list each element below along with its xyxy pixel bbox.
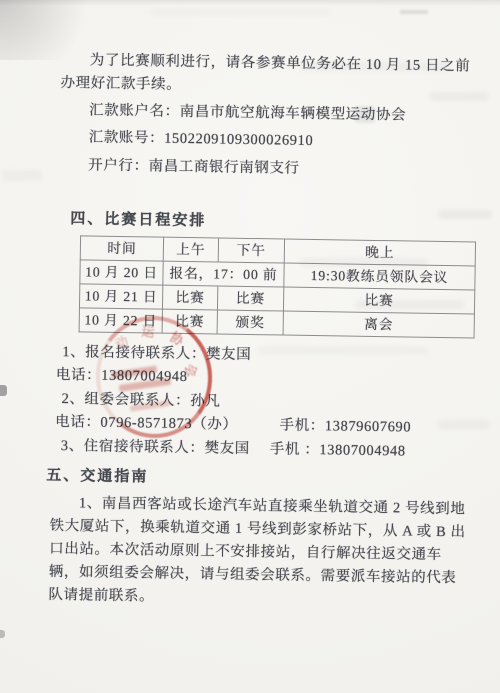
- col-header-evening: 晚上: [284, 239, 476, 266]
- col-header-time: 时间: [80, 235, 163, 260]
- schedule-afternoon-cell: 颁奖: [217, 309, 283, 334]
- schedule-date-cell: 10 月 22 日: [79, 307, 162, 332]
- schedule-date-cell: 10 月 20 日: [80, 259, 163, 284]
- contact-list: 1、报名接待联系人：樊友国 电话：13807004948 2、组委会联系人：孙凡…: [55, 340, 475, 464]
- scan-edge-mark: [0, 630, 5, 638]
- committee-office-phone: 电话：0796-8571873（办）: [55, 414, 238, 433]
- transport-section-title: 五、交通指南: [46, 465, 472, 495]
- committee-mobile-phone: 手机：13879607690: [279, 417, 411, 435]
- col-header-afternoon: 下午: [218, 238, 284, 263]
- remittance-deadline-paragraph: 为了比赛顺利进行，请各参赛单位务必在 10 月 15 日之前办理好汇款手续。: [60, 49, 479, 102]
- schedule-date-cell: 10 月 21 日: [79, 283, 162, 308]
- remittance-account-number: 汇款账号：1502209109300026910: [88, 124, 477, 156]
- lodging-mobile-phone: 手机 ：13807004948: [270, 441, 406, 459]
- schedule-evening-cell: 19:30教练员领队会议: [284, 263, 476, 290]
- transport-paragraph: 1、南昌西客站或长途汽车站直接乘坐轨道交通 2 号线到地铁大厦站下，换乘轨道交通…: [48, 492, 472, 614]
- col-header-morning: 上午: [163, 237, 218, 262]
- schedule-afternoon-cell: 比赛: [217, 285, 283, 310]
- lodging-contact: 3、住宿接待联系人：樊友国: [61, 438, 250, 457]
- schedule-table: 时间 上午 下午 晚上 10 月 20 日 报名，17：00 前 19:30教练…: [79, 235, 476, 338]
- schedule-morning-cell: 比赛: [162, 309, 217, 334]
- document-content: 为了比赛顺利进行，请各参赛单位务必在 10 月 15 日之前办理好汇款手续。 汇…: [0, 0, 500, 614]
- schedule-registration-cell: 报名，17：00 前: [163, 261, 284, 287]
- table-row: 10 月 22 日 比赛 颁奖 离会: [79, 307, 474, 337]
- remittance-account-name: 汇款账户名：南昌市航空航海车辆模型运动协会: [89, 97, 478, 129]
- schedule-evening-cell: 比赛: [283, 287, 475, 314]
- schedule-evening-cell: 离会: [283, 311, 475, 338]
- schedule-morning-cell: 比赛: [162, 285, 217, 310]
- remittance-bank: 开户行：南昌工商银行南钢支行: [88, 152, 477, 184]
- schedule-section-title: 四、比赛日程安排: [70, 208, 476, 237]
- scanned-document-page: 为了比赛顺利进行，请各参赛单位务必在 10 月 15 日之前办理好汇款手续。 汇…: [0, 0, 500, 693]
